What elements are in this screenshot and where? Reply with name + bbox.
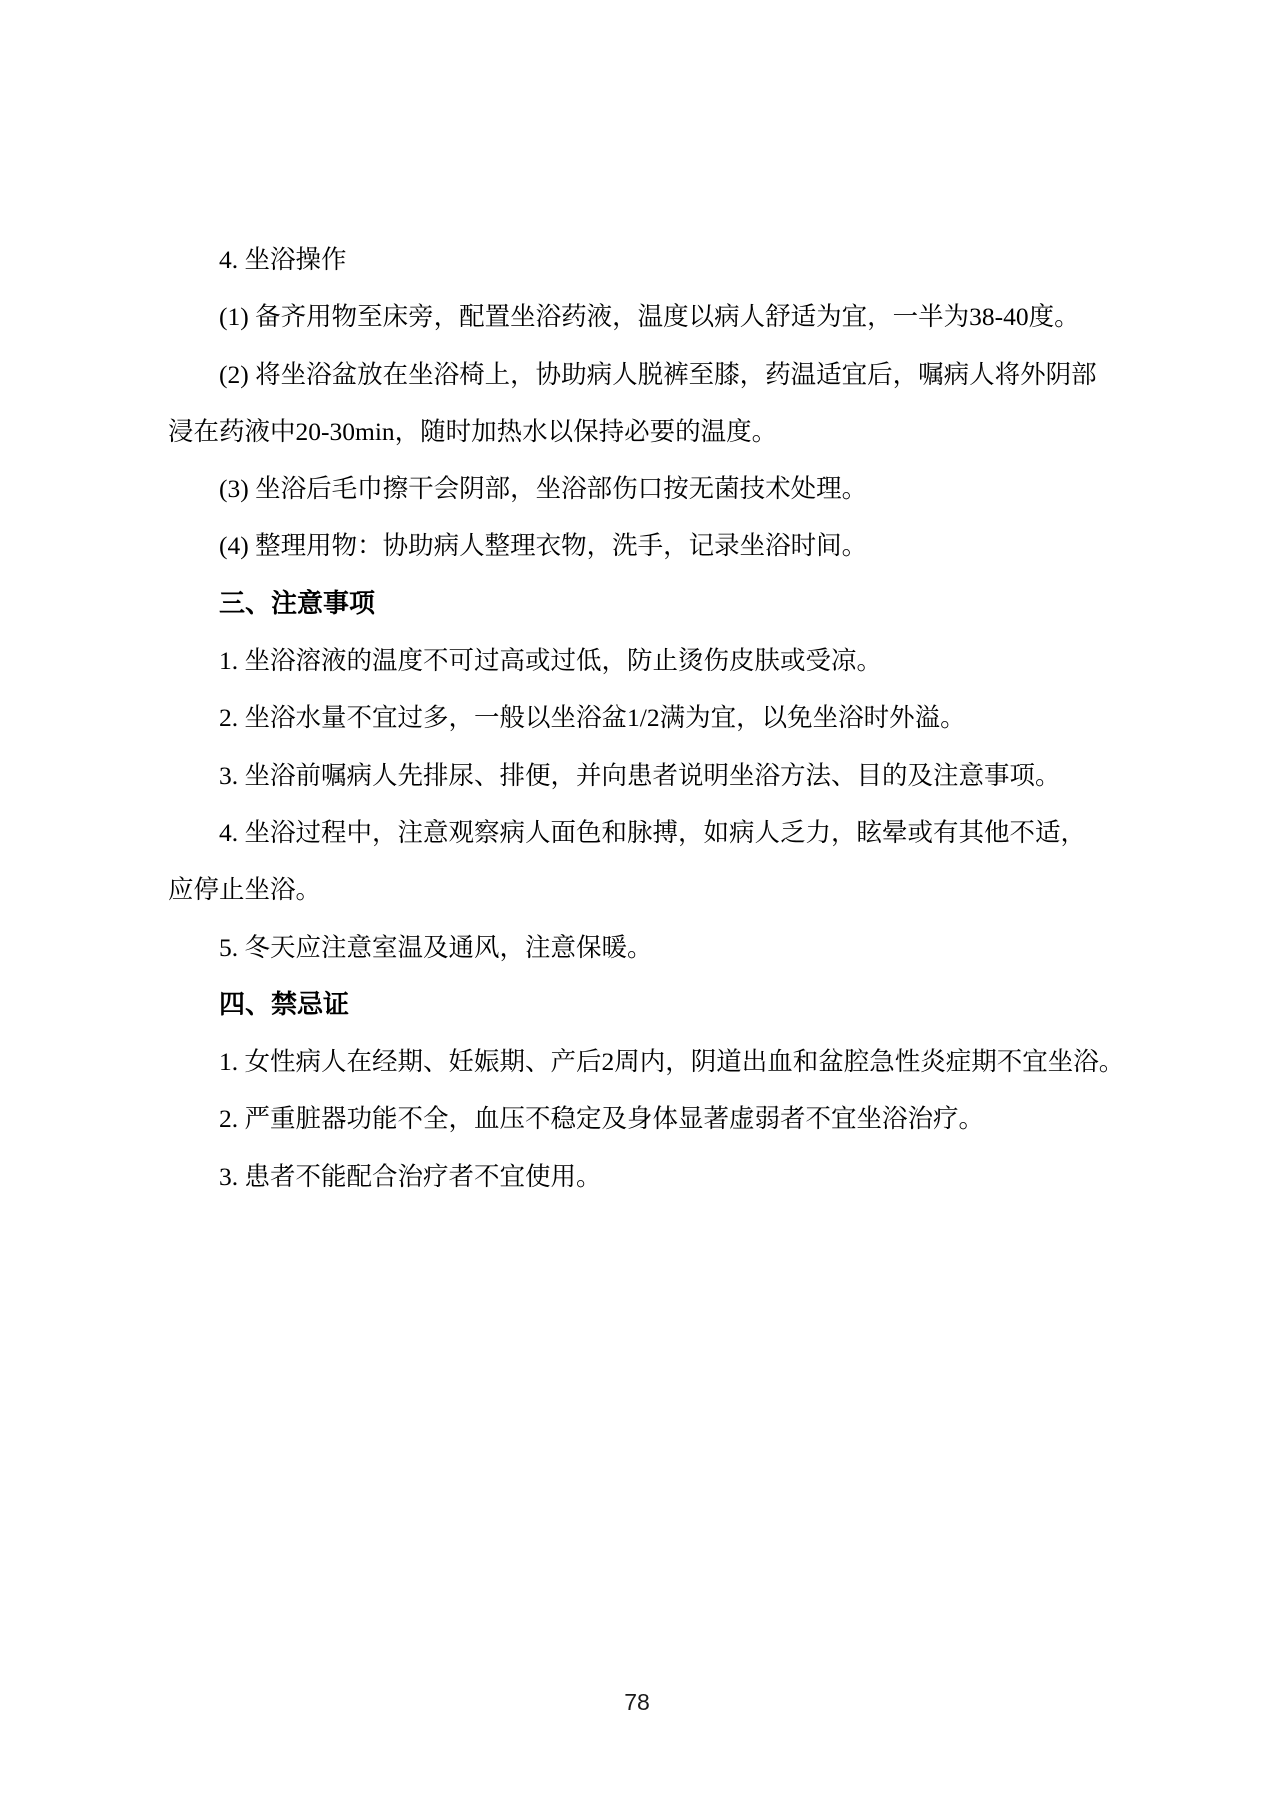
section-heading: 三、注意事项	[168, 575, 1128, 632]
paragraph-line: 3. 患者不能配合治疗者不宜使用。	[168, 1148, 1128, 1205]
paragraph-line: 5. 冬天应注意室温及通风，注意保暖。	[168, 919, 1128, 976]
paragraph-line: 4. 坐浴过程中，注意观察病人面色和脉搏，如病人乏力，眩晕或有其他不适，	[168, 804, 1128, 861]
paragraph-line: 4. 坐浴操作	[168, 231, 1128, 288]
paragraph-line: 1. 女性病人在经期、妊娠期、产后2周内，阴道出血和盆腔急性炎症期不宜坐浴。	[168, 1033, 1128, 1090]
paragraph-line: (2) 将坐浴盆放在坐浴椅上，协助病人脱裤至膝，药温适宜后，嘱病人将外阴部	[168, 346, 1128, 403]
paragraph-line: (4) 整理用物：协助病人整理衣物，洗手，记录坐浴时间。	[168, 517, 1128, 574]
paragraph-line: 浸在药液中20-30min，随时加热水以保持必要的温度。	[168, 403, 1128, 460]
paragraph-line: 1. 坐浴溶液的温度不可过高或过低，防止烫伤皮肤或受凉。	[168, 632, 1128, 689]
paragraph-line: 2. 严重脏器功能不全，血压不稳定及身体显著虚弱者不宜坐浴治疗。	[168, 1090, 1128, 1147]
section-heading: 四、禁忌证	[168, 976, 1128, 1033]
document-body: 4. 坐浴操作(1) 备齐用物至床旁，配置坐浴药液，温度以病人舒适为宜，一半为3…	[168, 231, 1128, 1205]
paragraph-line: (1) 备齐用物至床旁，配置坐浴药液，温度以病人舒适为宜，一半为38-40度。	[168, 288, 1128, 345]
paragraph-line: (3) 坐浴后毛巾擦干会阴部，坐浴部伤口按无菌技术处理。	[168, 460, 1128, 517]
paragraph-line: 应停止坐浴。	[168, 861, 1128, 918]
document-page: 4. 坐浴操作(1) 备齐用物至床旁，配置坐浴药液，温度以病人舒适为宜，一半为3…	[0, 0, 1274, 1801]
paragraph-line: 2. 坐浴水量不宜过多，一般以坐浴盆1/2满为宜，以免坐浴时外溢。	[168, 689, 1128, 746]
page-number: 78	[0, 1689, 1274, 1716]
paragraph-line: 3. 坐浴前嘱病人先排尿、排便，并向患者说明坐浴方法、目的及注意事项。	[168, 747, 1128, 804]
